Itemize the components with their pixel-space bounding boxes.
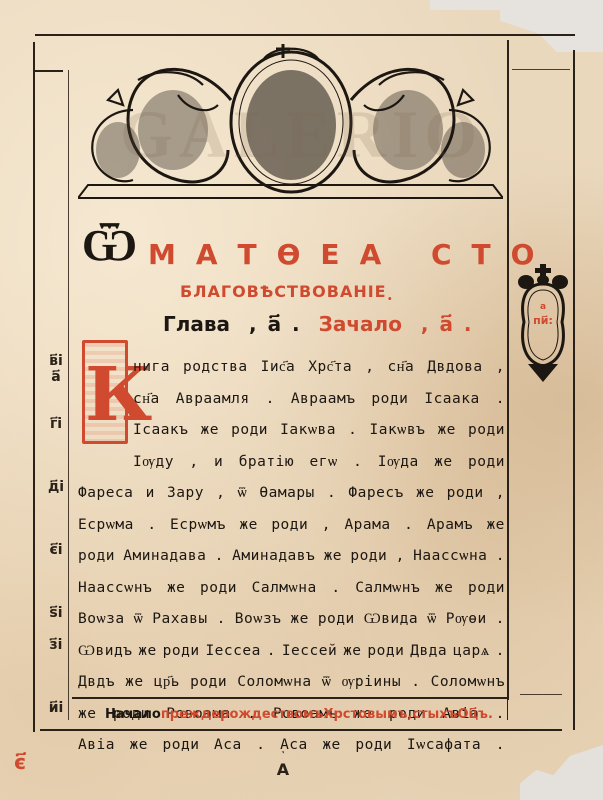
footer-word: . bbox=[488, 707, 493, 722]
word: роди bbox=[231, 415, 268, 447]
margin-note: є҃і bbox=[45, 542, 67, 558]
footer-word: Оц҃ъ bbox=[457, 707, 487, 722]
word: Аминадава bbox=[123, 541, 206, 573]
word: Салмѡнъ bbox=[355, 573, 420, 605]
word: Авраамля bbox=[176, 384, 250, 416]
zachalo-number: , а҃ . bbox=[421, 312, 472, 336]
word: роди bbox=[371, 384, 408, 416]
chapter-heading: Глава , а҃ . Зачало , а҃ . bbox=[163, 312, 480, 336]
word: же bbox=[239, 510, 257, 542]
word: же bbox=[324, 541, 342, 573]
cartouche-mark: а bbox=[514, 302, 572, 312]
side-cartouche: а пи҃: bbox=[514, 262, 572, 384]
footer-word: Начало bbox=[105, 707, 161, 722]
word: . bbox=[411, 667, 420, 699]
word: Зару bbox=[167, 478, 204, 510]
margin-note: и҃і bbox=[45, 700, 67, 716]
word: роди bbox=[468, 447, 505, 479]
zachalo-label: Зачало bbox=[319, 312, 402, 336]
word: Фаресъ bbox=[348, 478, 403, 510]
word: роди bbox=[78, 541, 115, 573]
word: роди bbox=[355, 730, 392, 762]
text-line: сн҃аАвраамля.АвраамъродиІсаака. bbox=[133, 384, 505, 416]
word: же bbox=[78, 699, 96, 731]
word: , bbox=[396, 541, 405, 573]
page-title: МАТѲЕА СТО bbox=[148, 240, 508, 270]
word: . bbox=[266, 384, 275, 416]
word: же bbox=[290, 604, 308, 636]
text-line: ФаресаиЗару,ѿѲамары.Фаресъжероди, bbox=[78, 478, 505, 510]
word: Есрѡма bbox=[78, 510, 134, 542]
word: же bbox=[437, 415, 455, 447]
text-line: НаассѡнъжеродиСалмѡна.Салмѡнъжероди bbox=[78, 573, 505, 605]
word: и bbox=[214, 447, 223, 479]
word: же bbox=[322, 730, 340, 762]
text-line: ВоѡзаѿРахавы.ВоѡзъжеродиѠвидаѿРѹѳи. bbox=[78, 604, 505, 636]
word: . bbox=[267, 636, 276, 668]
word: Рахавы bbox=[152, 604, 207, 636]
signature-tick: ᷣ bbox=[273, 752, 293, 760]
text-line: Іѹду,ибратіюегѡ.Іѹдажероди bbox=[133, 447, 505, 479]
word: Аминадавъ bbox=[232, 541, 315, 573]
word: ѿ bbox=[322, 667, 332, 699]
word: Аса bbox=[214, 730, 242, 762]
word: Фареса bbox=[78, 478, 133, 510]
word: Есрѡмъ bbox=[170, 510, 226, 542]
margin-note: г҃і bbox=[45, 416, 67, 432]
word: ѿ bbox=[427, 604, 437, 636]
word: Наассѡнъ bbox=[78, 573, 152, 605]
word: . bbox=[496, 730, 505, 762]
word: роди bbox=[190, 667, 227, 699]
text-line: родиАминадава.Аминадавъжероди,Наассѡна. bbox=[78, 541, 505, 573]
word: Іѹду bbox=[133, 447, 174, 479]
word: , bbox=[216, 478, 225, 510]
word: , bbox=[496, 352, 505, 384]
word: ѿ bbox=[134, 604, 144, 636]
word: . bbox=[404, 510, 413, 542]
word: Салмѡна bbox=[252, 573, 317, 605]
word: Арамъ bbox=[427, 510, 473, 542]
word: Хрс҃та bbox=[308, 352, 352, 384]
page-signature: ᷣ А bbox=[273, 752, 293, 779]
text-line: Есрѡма.Есрѡмъжероди,Арама.Арамъже bbox=[78, 510, 505, 542]
word: . bbox=[327, 478, 336, 510]
word: братію bbox=[239, 447, 294, 479]
word: . bbox=[215, 541, 224, 573]
word: . bbox=[348, 415, 357, 447]
frame-left-header-rule bbox=[35, 70, 63, 72]
word: Соломѡна bbox=[237, 667, 311, 699]
word: , bbox=[365, 352, 374, 384]
word: же bbox=[125, 667, 143, 699]
chapter-label: Глава bbox=[163, 312, 230, 336]
word: ѿ bbox=[238, 478, 248, 510]
word: ѹріины bbox=[342, 667, 401, 699]
word: Іакѡвъ bbox=[369, 415, 425, 447]
word: Двдова bbox=[427, 352, 482, 384]
word: роди bbox=[367, 636, 404, 668]
word: Ѡвида bbox=[364, 604, 418, 636]
chapter-number: , а҃ . bbox=[249, 312, 300, 336]
word: же bbox=[129, 730, 147, 762]
word: Соломѡнъ bbox=[431, 667, 505, 699]
word: сн҃а bbox=[387, 352, 414, 384]
word: . bbox=[496, 541, 505, 573]
margin-note: з҃і bbox=[45, 637, 67, 653]
footer-word: прежде bbox=[161, 707, 220, 722]
word: же bbox=[434, 447, 452, 479]
word: Рѹѳи bbox=[446, 604, 487, 636]
frame-right-outer bbox=[573, 50, 575, 730]
word: роди bbox=[318, 604, 355, 636]
word: же bbox=[435, 573, 453, 605]
word: роди bbox=[447, 478, 484, 510]
word: же bbox=[201, 415, 219, 447]
signature-letter: А bbox=[277, 760, 289, 779]
word: роди bbox=[163, 636, 200, 668]
word: Іакѡва bbox=[280, 415, 336, 447]
quire-mark: є҃ bbox=[10, 750, 30, 774]
word: . bbox=[496, 699, 505, 731]
page-subtitle: БЛАГОВѢСТВОВАНІЕ bbox=[180, 282, 387, 301]
word: . bbox=[331, 573, 340, 605]
footer-word: Хрстовымъ bbox=[323, 707, 407, 722]
word: же bbox=[167, 573, 185, 605]
margin-note: д҃і bbox=[45, 479, 67, 495]
word: . bbox=[496, 604, 505, 636]
word: же bbox=[416, 478, 434, 510]
word: , bbox=[322, 510, 331, 542]
word: . bbox=[147, 510, 156, 542]
text-line: ІсаакъжеродиІакѡва.Іакѡвъжероди bbox=[133, 415, 505, 447]
text-line: ѠвидъжеродиІессеа.ІессейжеродиДвдацарѧ. bbox=[78, 636, 505, 668]
word: Іессей bbox=[282, 636, 337, 668]
word: же bbox=[343, 636, 361, 668]
word: роди bbox=[200, 573, 237, 605]
word: Іис҃а bbox=[261, 352, 296, 384]
word: нига bbox=[133, 352, 170, 384]
subtitle-dot: . bbox=[387, 285, 393, 304]
frame-left-outer bbox=[33, 42, 35, 732]
word: Іѡсафата bbox=[407, 730, 481, 762]
word: Іѹда bbox=[378, 447, 419, 479]
text-line: Двдъжецр҃ьродиСоломѡнаѿѹріины.Соломѡнъ bbox=[78, 667, 505, 699]
frame-right-bottom-rule bbox=[520, 694, 562, 695]
frame-top-rule bbox=[35, 34, 575, 36]
word: , bbox=[496, 478, 505, 510]
word: и bbox=[146, 478, 155, 510]
word: же bbox=[138, 636, 156, 668]
word: роди bbox=[468, 573, 505, 605]
word: роди bbox=[271, 510, 308, 542]
word: Іессеа bbox=[205, 636, 260, 668]
margin-note: ѕ҃і bbox=[45, 605, 67, 621]
word: же bbox=[486, 510, 504, 542]
word: . bbox=[496, 636, 505, 668]
word: Двда bbox=[410, 636, 447, 668]
word: . bbox=[496, 384, 505, 416]
word: сн҃а bbox=[133, 384, 160, 416]
cartouche-number: пи҃: bbox=[514, 314, 572, 327]
word: Воѡзъ bbox=[235, 604, 282, 636]
word: цр҃ь bbox=[154, 667, 180, 699]
text-line: нигародстваІис҃аХрс҃та,сн҃аДвдова, bbox=[133, 352, 505, 384]
word: Ѳамары bbox=[259, 478, 314, 510]
footer-word: рождествомъ bbox=[220, 707, 323, 722]
word: Ѡвидъ bbox=[78, 636, 132, 668]
word: Авраамъ bbox=[291, 384, 356, 416]
word: . bbox=[256, 730, 265, 762]
word: егѡ bbox=[310, 447, 338, 479]
word: . bbox=[353, 447, 362, 479]
gospel-text: нигародстваІис҃аХрс҃та,сн҃аДвдова,сн҃аАв… bbox=[133, 352, 505, 762]
footer-caption: НачалопреждерождествомъХрстовымъ,стыхъОц… bbox=[105, 707, 485, 722]
word: роди bbox=[468, 415, 505, 447]
word: Ісаака bbox=[424, 384, 479, 416]
word: Воѡза bbox=[78, 604, 125, 636]
word: царѧ bbox=[453, 636, 490, 668]
watermark: GALERIO bbox=[120, 95, 510, 165]
word: Арама bbox=[344, 510, 390, 542]
word: роди bbox=[350, 541, 387, 573]
word: Авіа bbox=[78, 730, 115, 762]
word: , bbox=[189, 447, 198, 479]
margin-note: в҃і а҃ bbox=[45, 353, 67, 385]
word: Наассѡна bbox=[413, 541, 487, 573]
word: Ісаакъ bbox=[133, 415, 188, 447]
word: . bbox=[217, 604, 226, 636]
frame-left-inner bbox=[68, 70, 69, 720]
frame-right-header-rule bbox=[512, 69, 570, 70]
word: родства bbox=[183, 352, 248, 384]
word: Двдъ bbox=[78, 667, 115, 699]
title-initial-omega: Ѿ bbox=[82, 222, 126, 270]
footer-word: стыхъ bbox=[412, 707, 457, 722]
decorated-drop-cap: К bbox=[82, 340, 128, 444]
word: роди bbox=[163, 730, 200, 762]
